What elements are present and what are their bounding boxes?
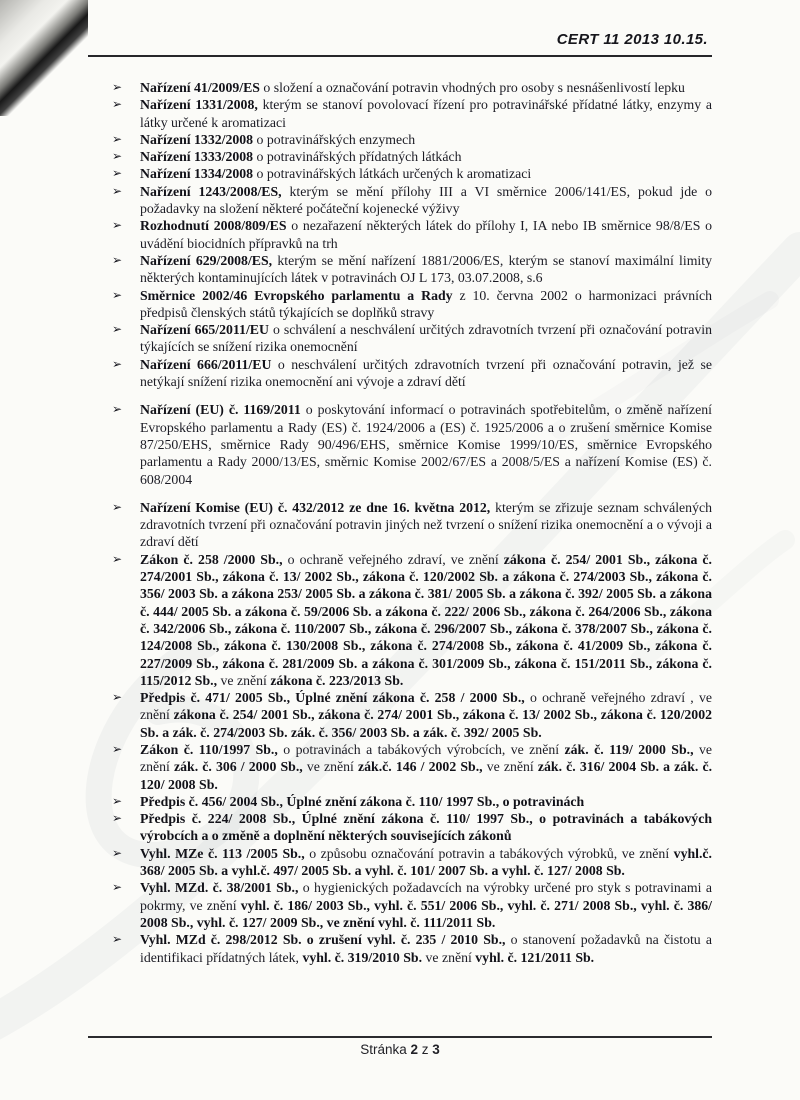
list-item: ➢Nařízení 1333/2008 o potravinářských př… <box>88 148 712 165</box>
text-segment: Nařízení 1334/2008 <box>140 166 253 181</box>
bullet-arrow-icon: ➢ <box>112 165 122 182</box>
text-segment: Zákon č. 258 /2000 Sb., <box>140 552 283 567</box>
footer-rule <box>88 1036 712 1038</box>
text-segment: zák.č. 146 / 2002 Sb., <box>358 759 483 774</box>
bullet-arrow-icon: ➢ <box>112 845 122 862</box>
bullet-arrow-icon: ➢ <box>112 401 122 418</box>
text-segment: Nařízení 1332/2008 <box>140 132 253 147</box>
footer-total-pages: 3 <box>432 1042 440 1057</box>
bullet-arrow-icon: ➢ <box>112 96 122 113</box>
text-segment: Nařízení 629/2008/ES, <box>140 253 272 268</box>
text-segment: o potravinách a tabákových výrobcích, ve… <box>278 742 565 757</box>
text-segment: Nařízení 1331/2008, <box>140 97 258 112</box>
list-item: ➢Nařízení 666/2011/EU o neschválení urči… <box>88 356 712 391</box>
text-segment: Nařízení 41/2009/ES <box>140 80 260 95</box>
bullet-arrow-icon: ➢ <box>112 879 122 896</box>
text-segment: Předpis č. 456/ 2004 Sb., Úplné znění zá… <box>140 794 584 809</box>
bullet-arrow-icon: ➢ <box>112 79 122 96</box>
text-segment: Předpis č. 224/ 2008 Sb., Úplné znění zá… <box>140 811 712 843</box>
text-segment: vyhl. č. 121/2011 Sb. <box>475 950 594 965</box>
bullet-arrow-icon: ➢ <box>112 793 122 810</box>
list-item: ➢Nařízení Komise (EU) č. 432/2012 ze dne… <box>88 499 712 551</box>
text-segment: o složení a označování potravin vhodných… <box>260 80 685 95</box>
bullet-arrow-icon: ➢ <box>112 321 122 338</box>
text-segment: Vyhl. MZd. č. 38/2001 Sb., <box>140 880 298 895</box>
text-segment: Nařízení (EU) č. 1169/2011 <box>140 402 301 417</box>
bullet-arrow-icon: ➢ <box>112 931 122 948</box>
list-item: ➢Vyhl. MZd. č. 38/2001 Sb., o hygienický… <box>88 879 712 931</box>
text-segment: zák. č. 306 / 2000 Sb., <box>174 759 303 774</box>
list-item: ➢Nařízení 665/2011/EU o schválení a nesc… <box>88 321 712 356</box>
text-segment: o způsobu označování potravin a tabákový… <box>305 846 674 861</box>
text-segment: Směrnice 2002/46 Evropského parlamentu a… <box>140 288 453 303</box>
text-segment: Nařízení Komise (EU) č. 432/2012 ze dne … <box>140 500 490 515</box>
list-item: ➢Předpis č. 456/ 2004 Sb., Úplné znění z… <box>88 793 712 810</box>
list-item: ➢Nařízení 629/2008/ES, kterým se mění na… <box>88 252 712 287</box>
footer-page-number: 2 <box>410 1042 418 1057</box>
bullet-arrow-icon: ➢ <box>112 551 122 568</box>
text-segment: zák. č. 119/ 2000 Sb., <box>565 742 694 757</box>
text-segment: zákona č. 223/2013 Sb. <box>270 673 403 688</box>
regulation-list: ➢Nařízení 41/2009/ES o složení a označov… <box>88 79 712 966</box>
list-item: ➢Rozhodnutí 2008/809/ES o nezařazení něk… <box>88 217 712 252</box>
bullet-arrow-icon: ➢ <box>112 217 122 234</box>
text-segment: Nařízení 1243/2008/ES, <box>140 184 282 199</box>
bullet-arrow-icon: ➢ <box>112 356 122 373</box>
text-segment: o potravinářských enzymech <box>253 132 415 147</box>
list-item: ➢Vyhl. MZe č. 113 /2005 Sb., o způsobu o… <box>88 845 712 880</box>
text-segment: Zákon č. 110/1997 Sb., <box>140 742 278 757</box>
text-segment: ve znění <box>483 759 538 774</box>
bullet-arrow-icon: ➢ <box>112 252 122 269</box>
bullet-arrow-icon: ➢ <box>112 689 122 706</box>
text-segment: o ochraně veřejného zdraví, ve znění <box>283 552 504 567</box>
bullet-arrow-icon: ➢ <box>112 131 122 148</box>
text-segment: o potravinářských látkách určených k aro… <box>253 166 531 181</box>
list-item: ➢Nařízení 1243/2008/ES, kterým se mění p… <box>88 183 712 218</box>
bullet-arrow-icon: ➢ <box>112 499 122 516</box>
text-segment: Rozhodnutí 2008/809/ES <box>140 218 287 233</box>
text-segment: zákona č. 254/ 2001 Sb., zákona č. 274/2… <box>140 552 712 688</box>
text-segment: Nařízení 1333/2008 <box>140 149 253 164</box>
text-segment: Nařízení 666/2011/EU <box>140 357 271 372</box>
footer-page-label: Stránka <box>360 1042 410 1057</box>
text-segment: ve znění <box>217 673 270 688</box>
bullet-arrow-icon: ➢ <box>112 183 122 200</box>
list-item: ➢Zákon č. 110/1997 Sb., o potravinách a … <box>88 741 712 793</box>
bullet-arrow-icon: ➢ <box>112 741 122 758</box>
text-segment: Vyhl. MZd č. 298/2012 Sb. o zrušení vyhl… <box>140 932 506 947</box>
list-item: ➢Nařízení 41/2009/ES o složení a označov… <box>88 79 712 96</box>
text-segment: ve znění <box>422 950 475 965</box>
text-segment: vyhl. č. 319/2010 Sb. <box>302 950 422 965</box>
bullet-arrow-icon: ➢ <box>112 148 122 165</box>
page-footer: Stránka 2 z 3 <box>0 1042 800 1057</box>
header-rule <box>88 55 712 57</box>
list-item: ➢Nařízení 1334/2008 o potravinářských lá… <box>88 165 712 182</box>
text-segment: zákona č. 254/ 2001 Sb., zákona č. 274/ … <box>140 707 712 739</box>
document-reference: CERT 11 2013 10.15. <box>557 31 708 48</box>
text-segment: Nařízení 665/2011/EU <box>140 322 269 337</box>
list-item: ➢Nařízení (EU) č. 1169/2011 o poskytován… <box>88 401 712 487</box>
list-item: ➢Zákon č. 258 /2000 Sb., o ochraně veřej… <box>88 551 712 689</box>
list-item: ➢Nařízení 1332/2008 o potravinářských en… <box>88 131 712 148</box>
text-segment: Předpis č. 471/ 2005 Sb., Úplné znění zá… <box>140 690 525 705</box>
folded-corner-scan-artifact <box>0 0 88 116</box>
bullet-arrow-icon: ➢ <box>112 287 122 304</box>
list-item: ➢Předpis č. 471/ 2005 Sb., Úplné znění z… <box>88 689 712 741</box>
bullet-arrow-icon: ➢ <box>112 810 122 827</box>
list-item: ➢Směrnice 2002/46 Evropského parlamentu … <box>88 287 712 322</box>
scanned-document-page: CERT 11 2013 10.15. ➢Nařízení 41/2009/ES… <box>0 0 800 1100</box>
list-item: ➢Nařízení 1331/2008, kterým se stanoví p… <box>88 96 712 131</box>
footer-separator: z <box>418 1042 432 1057</box>
text-segment: ve znění <box>303 759 358 774</box>
list-item: ➢Vyhl. MZd č. 298/2012 Sb. o zrušení vyh… <box>88 931 712 966</box>
text-segment: o potravinářských přídatných látkách <box>253 149 461 164</box>
list-item: ➢Předpis č. 224/ 2008 Sb., Úplné znění z… <box>88 810 712 845</box>
text-segment: Vyhl. MZe č. 113 /2005 Sb., <box>140 846 305 861</box>
